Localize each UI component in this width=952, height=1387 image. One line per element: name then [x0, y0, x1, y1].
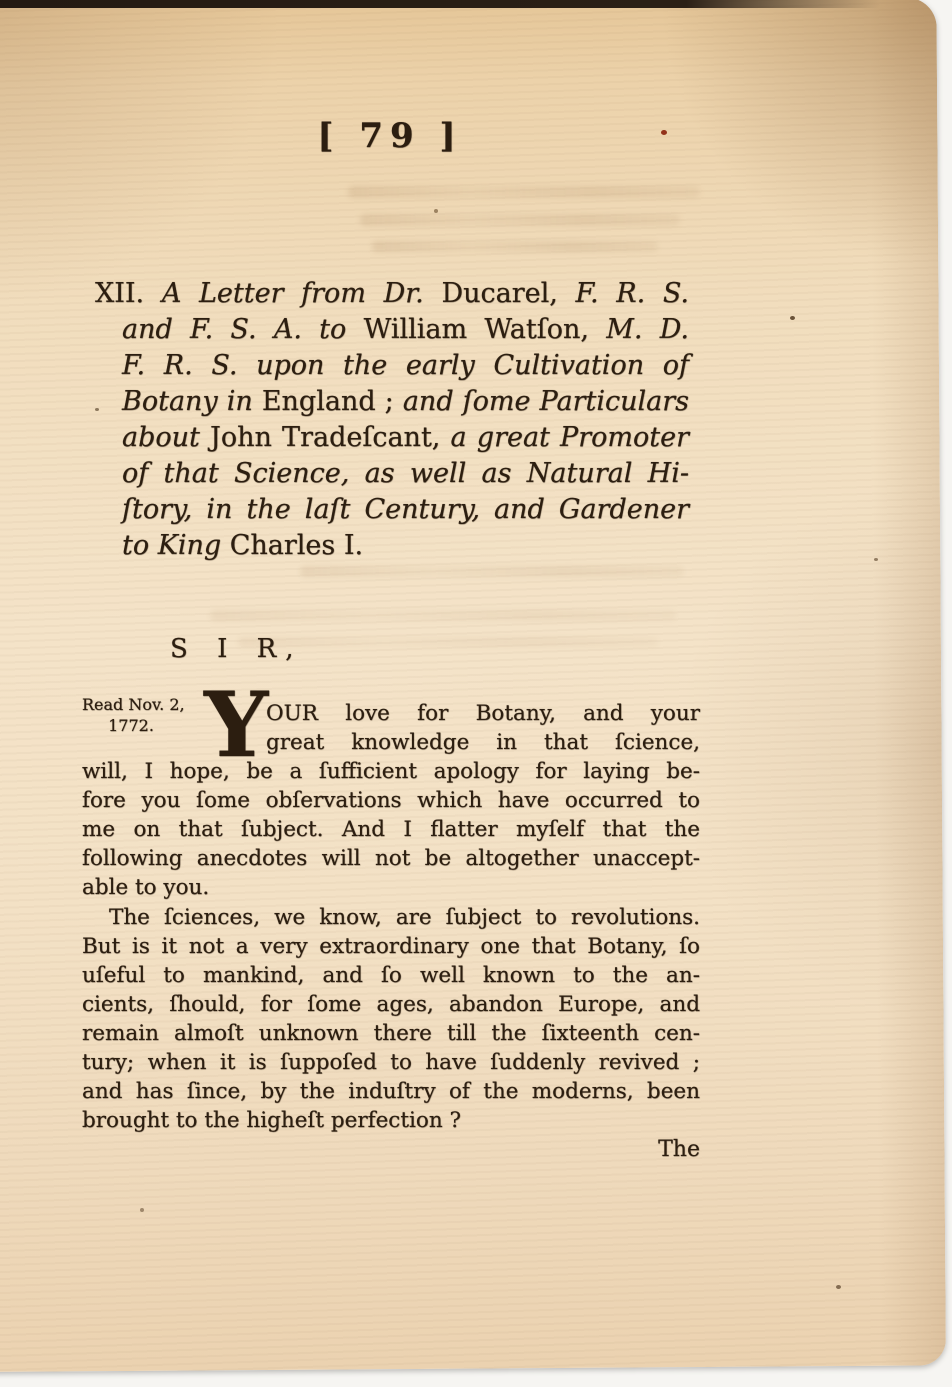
body-line: But is it not a very extraordinary one t… — [82, 932, 700, 961]
title-line: ſtory, in the laſt Century, and Gardener — [95, 492, 689, 528]
article-title: XII. A Letter from Dr. Ducarel, F. R. S.… — [95, 276, 689, 564]
title-segment: John Tradeſcant, — [210, 422, 450, 453]
title-segment: A Letter from Dr. — [162, 278, 442, 309]
body-line: The ſciences, we know, are ſubject to re… — [82, 903, 700, 932]
title-line: to King Charles I. — [95, 528, 689, 564]
title-segment: M. D. — [606, 314, 689, 345]
body-line: fore you ſome obſervations which have oc… — [82, 786, 700, 815]
paper-speck — [836, 1285, 841, 1289]
title-segment: Charles I. — [230, 530, 363, 561]
title-segment: F. R. S. upon the early Cultivation of — [122, 350, 689, 381]
body-line: brought to the higheſt perfection ? — [82, 1106, 700, 1135]
body-line: and has ſince, by the induſtry of the mo… — [82, 1077, 700, 1106]
show-through-smudge — [210, 610, 676, 621]
show-through-smudge — [360, 214, 680, 226]
body-line: will, I hope, be a ſufficient apology fo… — [82, 757, 700, 786]
title-line: and F. S. A. to William Watſon, M. D. — [95, 312, 689, 348]
title-segment: a great Promoter — [451, 422, 689, 453]
paper-speck — [140, 1208, 144, 1212]
title-segment: of that Science, as well as Natural Hi- — [122, 458, 689, 489]
title-segment: about — [122, 422, 210, 453]
page-content: [ 79 ] XII. A Letter from Dr. Ducarel, F… — [0, 0, 952, 1387]
paper-speck — [790, 316, 795, 320]
title-segment: Ducarel, — [441, 278, 575, 309]
body-line: great knowledge in that ſcience, — [266, 728, 700, 757]
body-line: me on that ſubject. And I flatter myſelf… — [82, 815, 700, 844]
body-line: uſeful to mankind, and ſo well known to … — [82, 961, 700, 990]
title-segment: XII. — [95, 278, 162, 309]
show-through-smudge — [372, 241, 658, 252]
title-line: Botany in England ; and ſome Particulars — [95, 384, 689, 420]
body-line: OUR love for Botany, and your — [266, 699, 700, 728]
body-line: following anecdotes will not be altogeth… — [82, 844, 700, 873]
title-line: about John Tradeſcant, a great Promoter — [95, 420, 689, 456]
letter-paragraph-1: OUR love for Botany, and your great know… — [82, 699, 700, 902]
paper-speck — [434, 209, 438, 213]
title-segment: and ſome Particulars — [403, 386, 689, 417]
paper-speck — [874, 558, 878, 561]
title-segment: and F. S. A. to — [122, 314, 364, 345]
title-line: XII. A Letter from Dr. Ducarel, F. R. S. — [95, 276, 689, 312]
body-line: able to you. — [82, 873, 700, 902]
show-through-smudge — [348, 186, 700, 198]
body-line: remain almoſt unknown there till the ſix… — [82, 1019, 700, 1048]
body-line: cients, ſhould, for ſome ages, abandon E… — [82, 990, 700, 1019]
title-line: of that Science, as well as Natural Hi- — [95, 456, 689, 492]
title-segment: William Watſon, — [364, 314, 607, 345]
page-number: [ 79 ] — [85, 116, 695, 156]
body-line: tury; when it is ſuppoſed to have ſudden… — [82, 1048, 700, 1077]
title-segment: Botany in — [122, 386, 262, 417]
title-segment: ſtory, in the laſt Century, and Gardener — [122, 494, 689, 525]
title-line: F. R. S. upon the early Cultivation of — [95, 348, 689, 384]
title-segment: F. R. S. — [576, 278, 690, 309]
show-through-smudge — [300, 566, 684, 577]
title-segment: to King — [122, 530, 230, 561]
salutation: S I R, — [170, 634, 302, 664]
catchword: The — [82, 1137, 700, 1162]
title-segment: England ; — [262, 386, 403, 417]
letter-paragraph-2: The ſciences, we know, are ſubject to re… — [82, 903, 700, 1135]
